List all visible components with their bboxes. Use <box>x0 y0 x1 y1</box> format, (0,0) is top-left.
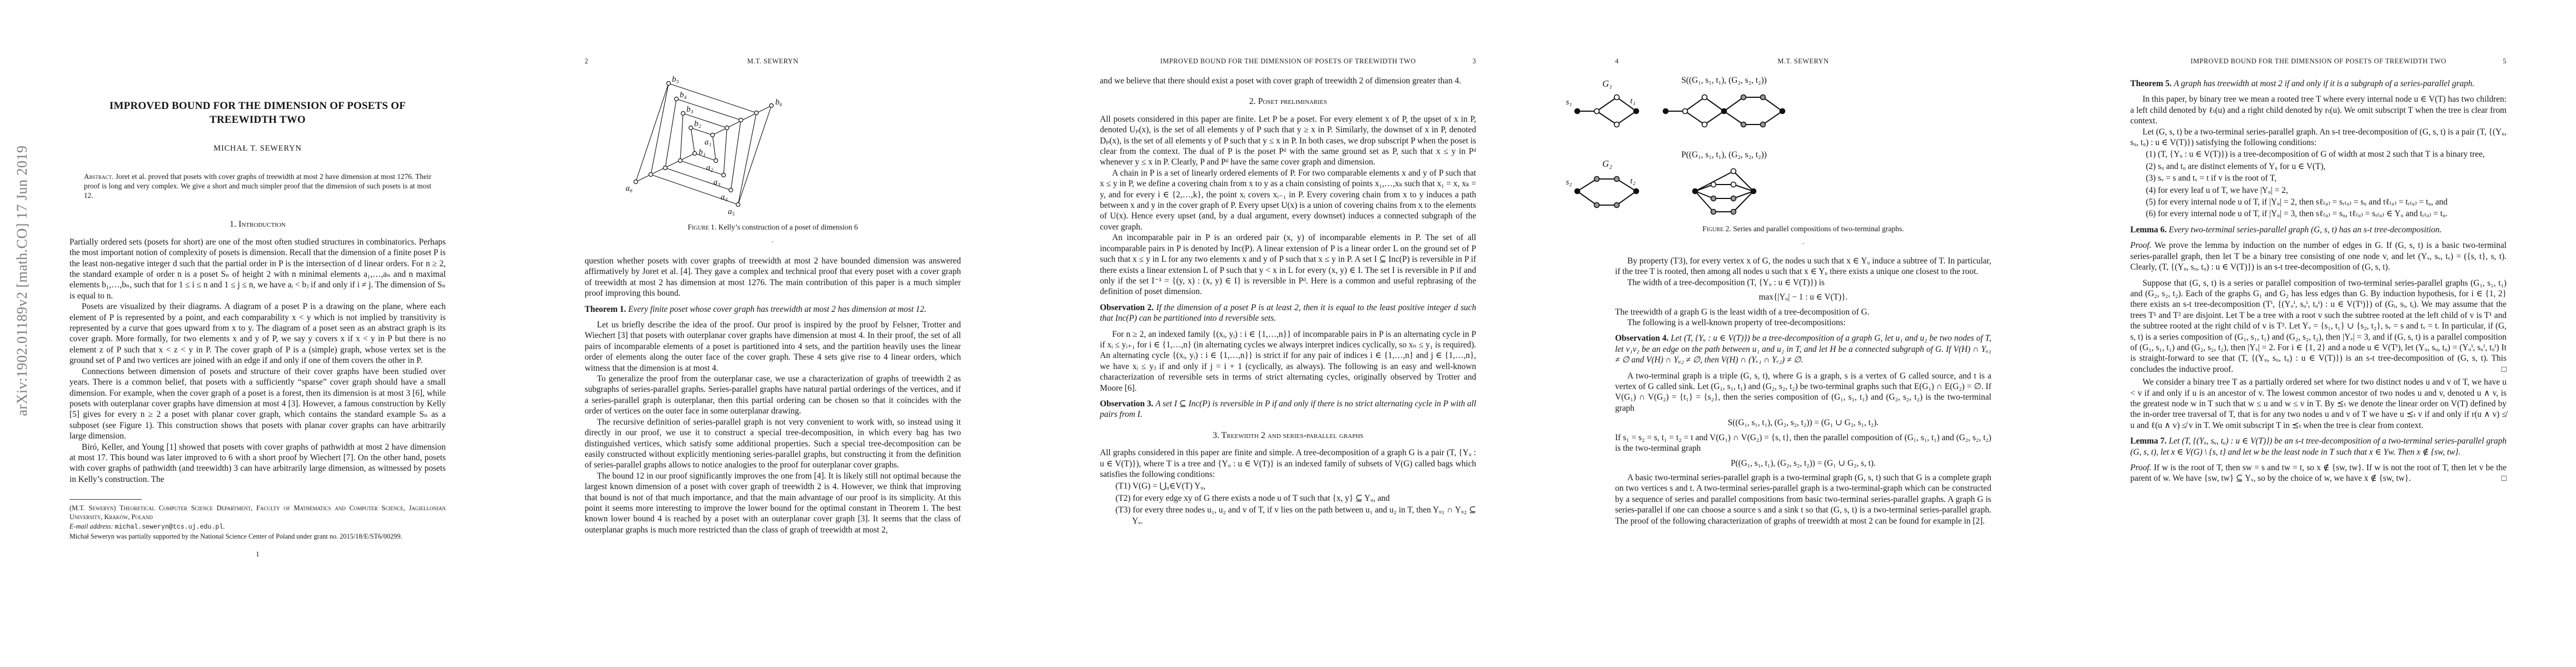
figure-caption-text: Kelly’s construction of a poset of dimen… <box>719 223 858 231</box>
list: (5) for every internal node u of T, if |… <box>2130 197 2507 207</box>
vertex-label: b₆ <box>775 98 783 107</box>
graph-edge <box>1724 97 1743 111</box>
vertex-label: a₅ <box>728 207 735 216</box>
page-body: question whether posets with cover graph… <box>585 256 961 535</box>
graph-vertex-b₂ <box>689 126 693 130</box>
para: A chain in P is a set of linearly ordere… <box>1100 168 1476 232</box>
graph-vertex <box>1634 109 1639 114</box>
graph-vertex <box>1722 109 1727 114</box>
figure-caption-label: Figure 2. <box>1702 225 1731 233</box>
abstract: Abstract. Joret et al. proved that poset… <box>84 172 431 200</box>
graph-vertex <box>725 126 729 130</box>
proof: Proof. If w is the root of T, then sw = … <box>2130 462 2507 484</box>
vertex-label: a₂ <box>706 163 714 172</box>
list: (T2) for every edge xy of G there exists… <box>1100 493 1476 504</box>
list: (T1) V(G) = ⋃ᵤ∈V(T) Yᵤ, <box>1100 481 1476 491</box>
para: Posets are visualized by their diagrams.… <box>69 301 446 366</box>
graph-vertex-a₄ <box>729 188 733 192</box>
para: To generalize the proof from the outerpl… <box>585 374 961 417</box>
theorem: Observation 2. If the dimension of a pos… <box>1100 302 1476 324</box>
vertex-label: b₁ <box>699 148 706 157</box>
para: We consider a binary tree T as a partial… <box>2130 377 2507 431</box>
graph-vertex <box>1595 177 1600 182</box>
running-head-page-number <box>1962 57 1991 66</box>
graph-vertex <box>1615 122 1620 127</box>
paper-page-2: 2 M.T. SEWERYN b₅b₄b₃b₂a₁b₁a₂a₃a₄a₅a₆b₆ … <box>515 0 1030 667</box>
graph-vertex <box>739 118 743 122</box>
title: IMPROVED BOUND FOR THE DIMENSION OF POSE… <box>83 99 433 127</box>
figure-label: G₁ <box>1602 78 1612 89</box>
running-head-title: IMPROVED BOUND FOR THE DIMENSION OF POSE… <box>1129 57 1447 66</box>
theorem: Observation 4. Let (T, {Yᵤ : u ∈ V(T)}) … <box>1615 333 1991 365</box>
figure-label: S((G₁, s₁, t₁), (G₂, s₂, t₂)) <box>1681 76 1767 85</box>
figure-label: t₂ <box>1630 177 1635 186</box>
graph-vertex-b₆ <box>770 104 774 108</box>
graph-vertex <box>1731 196 1736 201</box>
fnrule <box>69 499 142 500</box>
list: (4) for every leaf u of T, we have |Yᵤ| … <box>2130 185 2507 196</box>
running-head-page-number: 2 <box>585 57 614 66</box>
graph-edge <box>665 99 676 168</box>
paper-page-1: IMPROVED BOUND FOR THE DIMENSION OF POSE… <box>0 0 515 667</box>
graph-edge <box>1685 97 1705 111</box>
document-canvas: arXiv:1902.01189v2 [math.CO] 17 Jun 2019… <box>0 0 2576 667</box>
para: The width of a tree-decomposition (T, {Y… <box>1615 277 1991 288</box>
graph-vertex <box>664 166 667 170</box>
graph-edge <box>691 128 712 135</box>
para: For n ≥ 2, an indexed family {(xᵢ, yᵢ) :… <box>1100 329 1476 394</box>
graph-vertex <box>1615 177 1620 182</box>
display: P((G₁, s₁, t₁), (G₂, s₂, t₂)) = (G₁ ∪ G₂… <box>1615 458 1991 469</box>
graph-vertex <box>1595 109 1600 114</box>
graph-vertex <box>1761 95 1766 100</box>
theorem: Observation 3. A set I ⊆ Inc(P) is rever… <box>1100 399 1476 420</box>
graph-edge <box>1577 179 1597 191</box>
graph-vertex <box>1711 196 1716 201</box>
theorem: Lemma 6. Every two-terminal series-paral… <box>2130 225 2507 235</box>
proof: Proof. We prove the lemma by induction o… <box>2130 240 2507 272</box>
graph-vertex-b₄ <box>675 97 679 101</box>
graph-vertex <box>1741 122 1746 127</box>
figure-label: s₁ <box>1566 98 1572 107</box>
graph-edge <box>1597 111 1617 125</box>
vertex-label: a₁ <box>705 138 712 147</box>
graph-edge <box>724 128 727 175</box>
graph-edge <box>1705 97 1724 111</box>
graph-vertex-b₃ <box>681 112 685 116</box>
graph-vertex <box>1615 203 1620 208</box>
para: If s₁ = s₂ = s, t₁ = t₂ = t and V(G₁) ∩ … <box>1615 432 1991 454</box>
figure-1-kelly-construction: b₅b₄b₃b₂a₁b₁a₂a₃a₄a₅a₆b₆ <box>622 76 795 220</box>
para: The following is a well-known property o… <box>1615 317 1991 328</box>
section: 1. Introduction <box>69 219 446 230</box>
author: MICHAŁ T. SEWERYN <box>69 143 446 154</box>
running-head-page-number <box>932 57 961 66</box>
para: By property (T3), for every vertex x of … <box>1615 256 1991 277</box>
graph-vertex <box>1575 189 1580 194</box>
para: In this paper, by binary tree we mean a … <box>2130 94 2507 126</box>
graph-vertex <box>679 159 682 163</box>
graph-vertex <box>1711 210 1716 215</box>
graph-vertex <box>755 111 759 115</box>
paper-page-4: 4 M.T. SEWERYN G₁s₁t₁G₂s₂t₂S((G₁, s₁, t₁… <box>1546 0 2061 667</box>
graph-vertex <box>1663 109 1668 114</box>
graph-edge <box>1617 111 1636 125</box>
figure-label: G₂ <box>1602 158 1612 169</box>
para: The treewidth of a graph G is the least … <box>1615 307 1991 317</box>
figure-caption: Figure 1. Kelly’s construction of a pose… <box>585 223 961 232</box>
page-body: By property (T3), for every vertex x of … <box>1615 256 1991 526</box>
graph-vertex <box>649 173 653 177</box>
running-head-page-number: 4 <box>1615 57 1644 66</box>
paper-page-5: IMPROVED BOUND FOR THE DIMENSION OF POSE… <box>2061 0 2576 667</box>
display: S((G₁, s₁, t₁), (G₂, s₂, t₂)) = (G₁ ∪ G₂… <box>1615 417 1991 428</box>
list: (1) (T, {Yᵤ : u ∈ V(T)}) is a tree-decom… <box>2130 149 2507 160</box>
graph-edge <box>731 120 741 190</box>
graph-vertex-b₁ <box>693 152 697 156</box>
page-body: and we believe that there should exist a… <box>1100 76 1476 527</box>
footnote: Michał Seweryn was partially supported b… <box>69 532 446 541</box>
para: An incomparable pair in P is an ordered … <box>1100 232 1476 297</box>
vertex-label: b₃ <box>686 105 694 114</box>
graph-edge <box>680 113 683 161</box>
graph-vertex <box>1683 109 1688 114</box>
running-head-page-number: 5 <box>2478 57 2507 66</box>
vertex-label: a₃ <box>714 178 721 187</box>
vertex-label: a₄ <box>721 193 728 202</box>
para: Biró, Keller, and Young [1] showed that … <box>69 442 446 485</box>
theorem: Lemma 7. Let (T, {(Yᵤ, sᵤ, tᵤ) : u ∈ V(T… <box>2130 436 2507 457</box>
vertex-label: a₆ <box>626 184 633 193</box>
stray-dot: . <box>1615 237 1991 246</box>
para: All graphs considered in this paper are … <box>1100 447 1476 480</box>
para: A basic two-terminal series-parallel gra… <box>1615 472 1991 526</box>
theorem: Theorem 5. A graph has treewidth at most… <box>2130 78 2507 89</box>
running-head-title: M.T. SEWERYN <box>614 57 932 66</box>
graph-vertex <box>1634 189 1639 194</box>
graph-vertex <box>1595 203 1600 208</box>
figure-label: P((G₁, s₁, t₁), (G₂, s₂, t₂)) <box>1681 150 1767 160</box>
graph-vertex <box>1751 189 1756 194</box>
graph-vertex <box>1575 109 1580 114</box>
running-head-page-number <box>2130 57 2159 66</box>
paper-page-3: IMPROVED BOUND FOR THE DIMENSION OF POSE… <box>1030 0 1546 667</box>
page-body: IMPROVED BOUND FOR THE DIMENSION OF POSE… <box>69 99 446 559</box>
section: 3. Treewidth 2 and series-parallel graph… <box>1100 430 1476 441</box>
graph-vertex <box>1711 182 1716 187</box>
graph-edge <box>1597 97 1617 111</box>
graph-vertex <box>1780 109 1785 114</box>
graph-edge <box>691 128 695 153</box>
running-head-page-number: 3 <box>1447 57 1476 66</box>
graph-vertex <box>1731 169 1736 174</box>
graph-edge <box>1705 111 1724 125</box>
graph-edge <box>1617 191 1636 205</box>
graph-vertex-a₆ <box>634 180 638 184</box>
figure-2-series-parallel-compositions: G₁s₁t₁G₂s₂t₂S((G₁, s₁, t₁), (G₂, s₂, t₂)… <box>1564 75 1798 220</box>
list: (6) for every internal node u of T, if |… <box>2130 208 2507 219</box>
graph-edge <box>1577 191 1597 205</box>
graph-edge <box>1763 111 1782 125</box>
figure-label: s₂ <box>1566 178 1572 187</box>
pagenum: 1 <box>69 549 446 559</box>
para: The recursive definition of series-paral… <box>585 417 961 471</box>
graph-edge <box>665 168 731 190</box>
graph-edge <box>1685 111 1705 125</box>
para: Let us briefly describe the idea of the … <box>585 320 961 374</box>
figure-label: t₁ <box>1630 97 1635 106</box>
graph-vertex <box>1702 122 1707 127</box>
para: question whether posets with cover graph… <box>585 256 961 299</box>
stray-dot: . <box>585 236 961 245</box>
vertex-label: b₂ <box>694 120 701 128</box>
para: Partially ordered sets (posets for short… <box>69 237 446 301</box>
para: All posets considered in this paper are … <box>1100 114 1476 168</box>
proof: Suppose that (G, s, t) is a series or pa… <box>2130 278 2507 375</box>
running-head: IMPROVED BOUND FOR THE DIMENSION OF POSE… <box>1100 57 1476 66</box>
graph-edge <box>1695 171 1733 191</box>
para: Let (G, s, t) be a two-terminal series-p… <box>2130 127 2507 148</box>
display: max{|Yᵤ| − 1 : u ∈ V(T)}. <box>1615 292 1991 302</box>
graph-vertex <box>1615 95 1620 100</box>
list: (3) sᵥ = s and tᵥ = t if v is the root o… <box>2130 173 2507 183</box>
figure-caption-text: Series and parallel compositions of two-… <box>1733 225 1904 233</box>
theorem: Theorem 1. Every finite poset whose cove… <box>585 304 961 315</box>
para: A two-terminal graph is a triple (G, s, … <box>1615 371 1991 414</box>
para: and we believe that there should exist a… <box>1100 76 1476 86</box>
graph-edge <box>683 113 727 128</box>
running-head: IMPROVED BOUND FOR THE DIMENSION OF POSE… <box>2130 57 2507 66</box>
para: The bound 12 in our proof significantly … <box>585 471 961 535</box>
vertex-label: b₅ <box>672 76 679 84</box>
footnote-email: E-mail address: michal.seweryn@tcs.uj.ed… <box>69 522 446 532</box>
running-head: 4 M.T. SEWERYN <box>1615 57 1991 66</box>
section: 2. Poset preliminaries <box>1100 96 1476 107</box>
graph-vertex <box>1693 189 1698 194</box>
graph-vertex <box>1702 95 1707 100</box>
graph-edge <box>1724 111 1743 125</box>
graph-vertex <box>1731 210 1736 215</box>
graph-vertex-b₅ <box>667 82 671 86</box>
page-body: Theorem 5. A graph has treewidth at most… <box>2130 73 2507 486</box>
footnote: (M.T. Seweryn) Theoretical Computer Scie… <box>69 504 446 521</box>
list: (T3) for every three nodes u₁, u₂ and v … <box>1100 505 1476 526</box>
running-head: 2 M.T. SEWERYN <box>585 57 961 66</box>
graph-vertex-a₁ <box>711 133 715 137</box>
graph-vertex-a₃ <box>722 173 726 177</box>
graph-edge <box>680 161 724 175</box>
running-head-title: IMPROVED BOUND FOR THE DIMENSION OF POSE… <box>2159 57 2478 66</box>
figure-caption: Figure 2. Series and parallel compositio… <box>1615 225 1991 233</box>
figure-caption-label: Figure 1. <box>687 223 716 231</box>
graph-vertex-a₅ <box>736 203 740 207</box>
graph-vertex <box>1761 122 1766 127</box>
para: Connections between dimension of posets … <box>69 366 446 442</box>
graph-edge <box>712 135 716 161</box>
running-head-page-number <box>1100 57 1129 66</box>
graph-vertex-a₂ <box>714 159 718 163</box>
graph-vertex <box>1731 182 1736 187</box>
list: (2) sᵤ and tᵤ are distinct elements of Y… <box>2130 161 2507 172</box>
vertex-label: b₄ <box>680 91 687 99</box>
graph-vertex <box>1741 95 1746 100</box>
running-head-title: M.T. SEWERYN <box>1644 57 1962 66</box>
graph-edge <box>1763 97 1782 111</box>
